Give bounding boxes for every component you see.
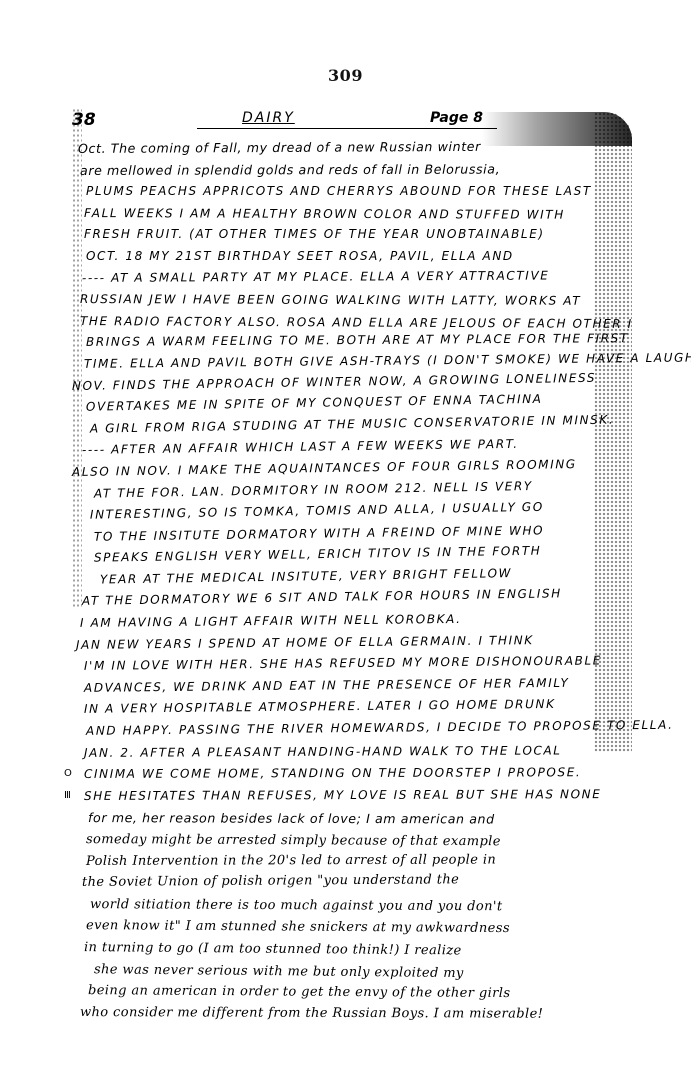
sheet-reference-number: 38 <box>72 110 96 130</box>
diary-title: DAIRY <box>242 110 295 126</box>
diary-page-label: Page 8 <box>430 110 483 126</box>
handwritten-line: She hesitates than refuses, my love is r… <box>72 784 632 808</box>
diary-sheet: 38 DAIRY Page 8 Oct. The coming of Fall,… <box>72 108 632 898</box>
handwritten-line: Jan. 2. After a pleasant handing-hand wa… <box>72 740 632 765</box>
handwritten-line: the Soviet Union of polish origen "you u… <box>72 868 632 894</box>
handwritten-line: plums peachs appricots and cherrys aboun… <box>72 181 632 203</box>
handwritten-line: Oct. 18 my 21st birthday seet Rosa, Pavi… <box>72 246 632 268</box>
handwritten-line: cinima we come home, standing on the doo… <box>72 762 632 786</box>
handwritten-line: are mellowed in splendid golds and reds … <box>72 158 632 182</box>
margin-mark: Ⅲ <box>64 790 71 801</box>
handwritten-line: fresh fruit. (at other times of the year… <box>72 224 632 246</box>
margin-mark: O <box>64 768 72 779</box>
handwritten-line: ---- at a small party at my place. Ella … <box>72 265 632 290</box>
handwritten-line: Russian Jew I have been going walking wi… <box>72 289 632 313</box>
handwritten-line: fall weeks I am a healthy brown color an… <box>72 203 632 227</box>
header-rule <box>197 128 497 129</box>
handwritten-line: for me, her reason besides lack of love;… <box>72 807 632 831</box>
handwritten-text-body: Oct. The coming of Fall, my dread of a n… <box>72 138 632 1023</box>
handwritten-line: and happy. Passing the river homewards, … <box>72 715 632 742</box>
handwritten-line: who consider me different from the Russi… <box>72 1002 632 1026</box>
handwritten-line: Oct. The coming of Fall, my dread of a n… <box>72 135 632 160</box>
page-number: 309 <box>0 66 691 85</box>
